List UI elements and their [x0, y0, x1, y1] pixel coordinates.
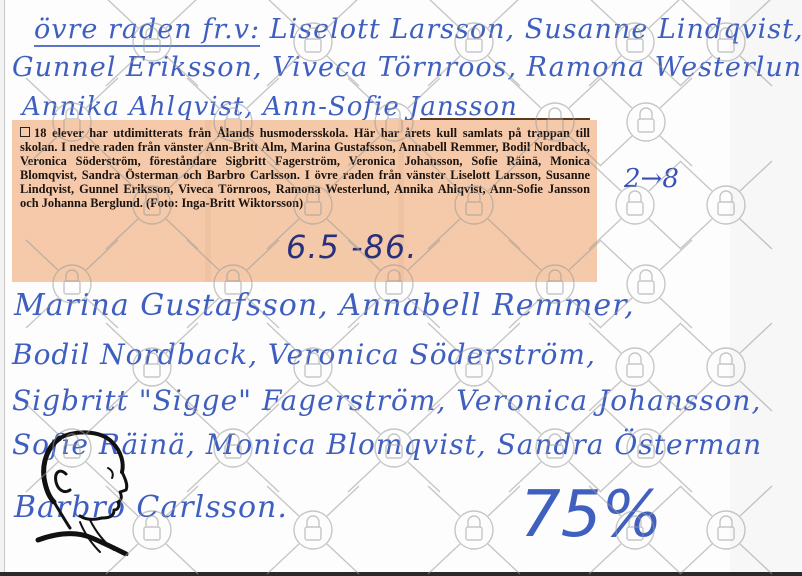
handwriting-line-5: Bodil Nordback, Veronica Söderström, — [12, 338, 596, 371]
handwriting-line-1-rest: Liselott Larsson, Susanne Lindqvist, — [260, 14, 802, 45]
handwriting-line-1: övre raden fr.v: Liselott Larsson, Susan… — [34, 14, 802, 45]
handwriting-line-6: Sigbritt "Sigge" Fagerström, Veronica Jo… — [12, 384, 761, 417]
clipping-caption-text: 18 elever har utdimitterats från Ålands … — [20, 126, 590, 210]
handwriting-line-4: Marina Gustafsson, Annabell Remmer, — [14, 288, 635, 323]
handwritten-date: 6.5 -86. — [286, 228, 418, 266]
handwriting-underlined-heading: övre raden fr.v: — [34, 14, 260, 47]
scan-margin — [730, 0, 802, 572]
square-bullet-icon — [20, 127, 30, 137]
side-note: 2→8 — [624, 164, 679, 194]
scan-bottom-edge — [0, 572, 802, 576]
profile-portrait-logo-icon — [30, 428, 134, 556]
handwriting-line-2: Gunnel Eriksson, Viveca Törnroos, Ramona… — [12, 52, 802, 83]
clipping-caption: 18 elever har utdimitterats från Ålands … — [20, 127, 590, 210]
percentage-note: 75% — [520, 478, 662, 552]
